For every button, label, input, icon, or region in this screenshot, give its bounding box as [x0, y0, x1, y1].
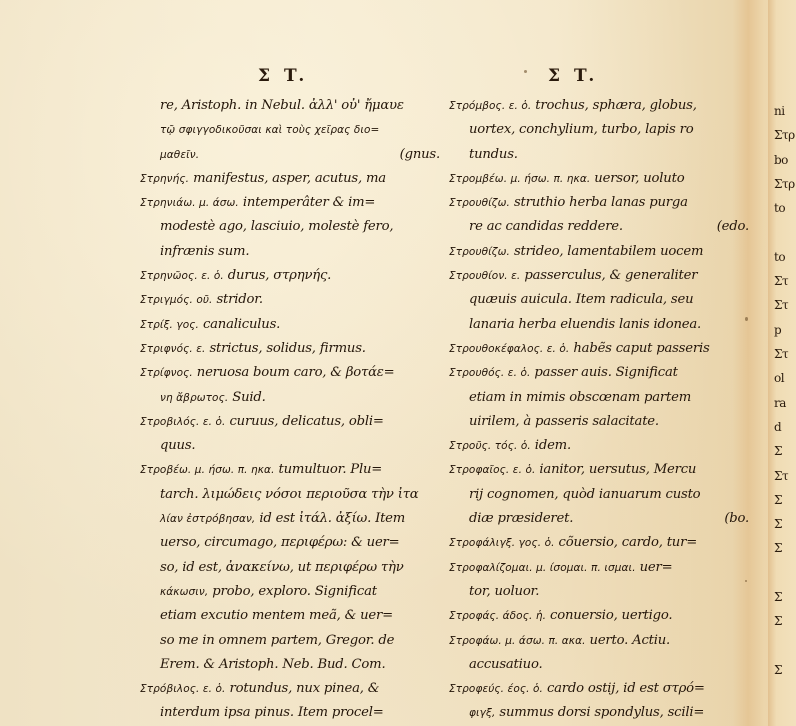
lexicon-entry-line: Στριφνός. ε. strictus, solidus, firmus.	[140, 337, 440, 361]
latin-gloss: probo, exploro. Significat	[208, 584, 377, 599]
greek-headword: φιγξ,	[469, 707, 495, 719]
latin-gloss: rij cognomen, quòd ianuarum custo	[469, 487, 700, 502]
latin-gloss: so, id est, ἀνακείνω, ut περιφέρω τὴν	[160, 560, 404, 575]
latin-gloss: ianitor, uersutus, Mercu	[535, 462, 696, 477]
entry-continuation-line: λίαν ἐστρόβησαν, id est ἰτάλ. ἀξίω. Item	[140, 507, 440, 531]
adjacent-page-text-fragment: Σ	[774, 444, 782, 458]
entry-continuation-line: quus.	[140, 434, 440, 458]
lexicon-entry-line: Στρουθίζω. struthio herba lanas purga	[449, 191, 749, 215]
greek-headword: Στρηνιάω. μ. άσω.	[140, 197, 239, 209]
latin-gloss: diæ præsideret.	[469, 511, 573, 526]
latin-gloss: infrænis sum.	[160, 244, 249, 259]
latin-gloss: interdum ipsa pinus. Item procel=	[160, 705, 384, 720]
adjacent-page-text-fragment: Στ	[774, 347, 788, 361]
entry-continuation-line: μαθεῖν.(gnus.	[140, 143, 440, 167]
entry-continuation-line: infrænis sum.	[140, 240, 440, 264]
latin-gloss: modestè ago, lasciuio, molestè fero,	[160, 219, 393, 234]
adjacent-page-text-fragment: Σ	[774, 493, 782, 507]
entry-continuation-line: diæ præsideret.(bo.	[449, 507, 749, 531]
latin-gloss: so me in omnem partem, Gregor. de	[160, 633, 394, 648]
adjacent-page-text-fragment: ra	[774, 396, 786, 410]
greek-headword: Στρίξ. γος.	[140, 319, 199, 331]
latin-gloss: durus, στρηνής.	[224, 268, 331, 283]
latin-gloss: tundus.	[469, 147, 518, 162]
latin-gloss: Erem. & Aristoph. Neb. Bud. Com.	[160, 657, 385, 672]
latin-gloss: idem.	[531, 438, 571, 453]
greek-headword: Στρουθίζω.	[449, 246, 510, 258]
greek-headword: τῷ σφιγγοδικοῦσαι καὶ τοὺς χεῖρας διο=	[160, 124, 379, 136]
entry-continuation-line: uirilem, à passeris salacitate.	[449, 410, 749, 434]
latin-gloss: quæuis auicula. Item radicula, seu	[469, 292, 693, 307]
latin-gloss: id est ἰτάλ. ἀξίω. Item	[255, 511, 405, 526]
latin-gloss: passerculus, & generaliter	[520, 268, 697, 283]
latin-gloss: lanaria herba eluendis lanis idonea.	[469, 317, 701, 332]
greek-headword: Στρηνῶος. ε. ὁ.	[140, 270, 224, 282]
latin-gloss: intemperâter & im=	[239, 195, 375, 210]
greek-headword: νη ἄβρωτος.	[160, 392, 228, 404]
entry-continuation-line: accusatiuo.	[449, 653, 749, 677]
lexicon-entry-line: Στροβιλός. ε. ὁ. curuus, delicatus, obli…	[140, 410, 440, 434]
latin-gloss: uirilem, à passeris salacitate.	[469, 414, 659, 429]
right-column-entries: Στρόμβος. ε. ὁ. trochus, sphæra, globus,…	[449, 94, 749, 726]
entry-continuation-line: uerso, circumago, περιφέρω: & uer=	[140, 531, 440, 555]
lexicon-entry-line: Στροφάλιγξ. γος. ὁ. cõuersio, cardo, tur…	[449, 531, 749, 555]
adjacent-page-text-fragment: Σ	[774, 590, 782, 604]
greek-headword: Στρηνής.	[140, 173, 189, 185]
adjacent-page-text-fragment: Στ	[774, 298, 788, 312]
adjacent-page-text-fragment: bo	[774, 153, 788, 167]
entry-continuation-line: interdum ipsa pinus. Item procel=	[140, 701, 440, 725]
greek-headword: Στρόβιλος. ε. ὁ.	[140, 683, 226, 695]
adjacent-page-text-fragment: Στρ	[774, 128, 795, 142]
turnover-fragment: (edo.	[717, 215, 749, 239]
entry-continuation-line: so me in omnem partem, Gregor. de	[140, 629, 440, 653]
lexicon-entry-line: Στροῦς. τός. ὁ. idem.	[449, 434, 749, 458]
latin-gloss: uerto. Actiu.	[586, 633, 671, 648]
latin-gloss: uortex, conchylium, turbo, lapis ro	[469, 122, 693, 137]
entry-continuation-line: tor, uoluor.	[449, 580, 749, 604]
adjacent-page-text-fragment: Σ	[774, 541, 782, 555]
entry-continuation-line: tundus.	[449, 143, 749, 167]
latin-gloss: tarch. λιμώδεις νόσοι περιοῦσα τὴν ἰτα	[160, 487, 419, 502]
entry-continuation-line: φιγξ, summus dorsi spondylus, scili=	[449, 701, 749, 725]
lexicon-entry-line: Στροβέω. μ. ήσω. π. ηκα. tumultuor. Plu=	[140, 458, 440, 482]
latin-gloss: struthio herba lanas purga	[510, 195, 688, 210]
entry-continuation-line: uortex, conchylium, turbo, lapis ro	[449, 118, 749, 142]
entry-continuation-line: re, Aristoph. in Nebul. ἀλλ' οὐ' ἤμαυε	[140, 94, 440, 118]
greek-headword: Στρουθοκέφαλος. ε. ὁ.	[449, 343, 569, 355]
greek-headword: Στροφαλίζομαι. μ. ίσομαι. π. ισμαι.	[449, 562, 636, 574]
greek-headword: Στρουθίζω.	[449, 197, 510, 209]
lexicon-entry-line: Στρουθίζω. strideo, lamentabilem uocem	[449, 240, 749, 264]
greek-headword: μαθεῖν.	[160, 149, 199, 161]
lexicon-entry-line: Στρόμβος. ε. ὁ. trochus, sphæra, globus,	[449, 94, 749, 118]
greek-headword: Στροῦς. τός. ὁ.	[449, 440, 531, 452]
latin-gloss: uersor, uoluto	[590, 171, 684, 186]
lexicon-entry-line: Στρουθός. ε. ὁ. passer auis. Significat	[449, 361, 749, 385]
latin-gloss: conuersio, uertigo.	[546, 608, 672, 623]
lexicon-entry-line: Στρηνής. manifestus, asper, acutus, ma	[140, 167, 440, 191]
scanned-page-spread: Σ T. Σ T. re, Aristoph. in Nebul. ἀλλ' ο…	[0, 0, 796, 726]
latin-gloss: habẽs caput passeris	[569, 341, 709, 356]
greek-headword: Στρίφνος.	[140, 367, 193, 379]
latin-gloss: curuus, delicatus, obli=	[226, 414, 384, 429]
latin-gloss: etiam in mimis obscœnam partem	[469, 390, 691, 405]
lexicon-entry-line: Στρίφνος. neruosa boum caro, & βοτάε=	[140, 361, 440, 385]
adjacent-page-edge: niΣτρboΣτρtotoΣτΣτpΣτolradΣΣτΣΣΣΣΣΣ	[768, 0, 796, 726]
lexicon-entry-line: Στρουθίον. ε. passerculus, & generaliter	[449, 264, 749, 288]
latin-gloss: cõuersio, cardo, tur=	[555, 535, 698, 550]
turnover-fragment: (bo.	[724, 507, 749, 531]
greek-headword: Στροβιλός. ε. ὁ.	[140, 416, 226, 428]
lexicon-entry-line: Στρηνιάω. μ. άσω. intemperâter & im=	[140, 191, 440, 215]
lexicon-entry-line: Στροφάς. άδος. ἡ. conuersio, uertigo.	[449, 604, 749, 628]
entry-continuation-line: tarch. λιμώδεις νόσοι περιοῦσα τὴν ἰτα	[140, 483, 440, 507]
entry-continuation-line: re ac candidas reddere.(edo.	[449, 215, 749, 239]
greek-headword: Στριγμός. οῦ.	[140, 294, 212, 306]
left-running-head: Σ T.	[258, 66, 308, 86]
adjacent-page-text-fragment: ni	[774, 104, 785, 118]
latin-gloss: uer=	[636, 560, 673, 575]
adjacent-page-text-fragment: Σ	[774, 663, 782, 677]
adjacent-page-text-fragment: ol	[774, 371, 784, 385]
adjacent-page-text-fragment: d	[774, 420, 781, 434]
greek-headword: Στρομβέω. μ. ήσω. π. ηκα.	[449, 173, 590, 185]
entry-continuation-line: Erem. & Aristoph. Neb. Bud. Com.	[140, 653, 440, 677]
lexicon-entry-line: Στροφάω. μ. άσω. π. ακα. uerto. Actiu.	[449, 629, 749, 653]
adjacent-page-text-fragment: p	[774, 323, 781, 337]
greek-headword: Στρόμβος. ε. ὁ.	[449, 100, 531, 112]
latin-gloss: Suid.	[228, 390, 265, 405]
adjacent-page-text-fragment: Στ	[774, 469, 788, 483]
lexicon-entry-line: Στρίξ. γος. canaliculus.	[140, 313, 440, 337]
adjacent-page-text-fragment: Στ	[774, 274, 788, 288]
entry-continuation-line: etiam excutio mentem meã, & uer=	[140, 604, 440, 628]
latin-gloss: cardo ostij, id est στρό=	[543, 681, 705, 696]
greek-headword: Στροφεύς. έος. ὁ.	[449, 683, 543, 695]
right-running-head: Σ T.	[548, 66, 598, 86]
latin-gloss: trochus, sphæra, globus,	[531, 98, 696, 113]
lexicon-entry-line: Στρηνῶος. ε. ὁ. durus, στρηνής.	[140, 264, 440, 288]
latin-gloss: summus dorsi spondylus, scili=	[495, 705, 704, 720]
greek-headword: λίαν ἐστρόβησαν,	[160, 513, 255, 525]
adjacent-page-text-fragment: to	[774, 201, 785, 215]
entry-continuation-line: rij cognomen, quòd ianuarum custo	[449, 483, 749, 507]
greek-headword: Στροφαῖος. ε. ὁ.	[449, 464, 535, 476]
paper-speck	[745, 317, 748, 321]
entry-continuation-line: lanaria herba eluendis lanis idonea.	[449, 313, 749, 337]
adjacent-page-text-fragment: Σ	[774, 517, 782, 531]
greek-headword: κάκωσιν,	[160, 586, 208, 598]
left-column-entries: re, Aristoph. in Nebul. ἀλλ' οὐ' ἤμαυετῷ…	[140, 94, 440, 726]
paper-speck	[745, 580, 747, 582]
lexicon-entry-line: Στριγμός. οῦ. stridor.	[140, 288, 440, 312]
greek-headword: Στροφάω. μ. άσω. π. ακα.	[449, 635, 586, 647]
paper-speck	[524, 70, 527, 73]
latin-gloss: accusatiuo.	[469, 657, 542, 672]
greek-headword: Στροφάς. άδος. ἡ.	[449, 610, 546, 622]
adjacent-page-text-fragment: Σ	[774, 614, 782, 628]
entry-continuation-line: quæuis auicula. Item radicula, seu	[449, 288, 749, 312]
greek-headword: Στροφάλιγξ. γος. ὁ.	[449, 537, 555, 549]
greek-headword: Στρουθός. ε. ὁ.	[449, 367, 530, 379]
entry-continuation-line: τῷ σφιγγοδικοῦσαι καὶ τοὺς χεῖρας διο=	[140, 118, 440, 142]
latin-gloss: uerso, circumago, περιφέρω: & uer=	[160, 535, 400, 550]
greek-headword: Στριφνός. ε.	[140, 343, 205, 355]
lexicon-entry-line: Στροφεύς. έος. ὁ. cardo ostij, id est στ…	[449, 677, 749, 701]
latin-gloss: neruosa boum caro, & βοτάε=	[193, 365, 395, 380]
latin-gloss: manifestus, asper, acutus, ma	[189, 171, 386, 186]
latin-gloss: re ac candidas reddere.	[469, 219, 623, 234]
latin-gloss: rotundus, nux pinea, &	[226, 681, 380, 696]
latin-gloss: etiam excutio mentem meã, & uer=	[160, 608, 393, 623]
latin-gloss: strideo, lamentabilem uocem	[510, 244, 703, 259]
greek-headword: Στροβέω. μ. ήσω. π. ηκα.	[140, 464, 275, 476]
latin-gloss: quus.	[160, 438, 195, 453]
latin-gloss: tumultuor. Plu=	[275, 462, 383, 477]
lexicon-entry-line: Στρόβιλος. ε. ὁ. rotundus, nux pinea, &	[140, 677, 440, 701]
lexicon-entry-line: Στρομβέω. μ. ήσω. π. ηκα. uersor, uoluto	[449, 167, 749, 191]
entry-continuation-line: modestè ago, lasciuio, molestè fero,	[140, 215, 440, 239]
latin-gloss: passer auis. Significat	[530, 365, 677, 380]
latin-gloss: tor, uoluor.	[469, 584, 539, 599]
latin-gloss: strictus, solidus, firmus.	[205, 341, 365, 356]
greek-headword: Στρουθίον. ε.	[449, 270, 520, 282]
latin-gloss: canaliculus.	[199, 317, 280, 332]
entry-continuation-line: κάκωσιν, probo, exploro. Significat	[140, 580, 440, 604]
adjacent-page-text-fragment: to	[774, 250, 785, 264]
entry-continuation-line: νη ἄβρωτος. Suid.	[140, 386, 440, 410]
lexicon-entry-line: Στροφαῖος. ε. ὁ. ianitor, uersutus, Merc…	[449, 458, 749, 482]
lexicon-entry-line: Στρουθοκέφαλος. ε. ὁ. habẽs caput passer…	[449, 337, 749, 361]
latin-gloss: re, Aristoph. in Nebul. ἀλλ' οὐ' ἤμαυε	[160, 98, 404, 113]
adjacent-page-text-fragment: Στρ	[774, 177, 795, 191]
entry-continuation-line: so, id est, ἀνακείνω, ut περιφέρω τὴν	[140, 556, 440, 580]
latin-gloss: stridor.	[212, 292, 262, 307]
lexicon-entry-line: Στροφαλίζομαι. μ. ίσομαι. π. ισμαι. uer=	[449, 556, 749, 580]
turnover-fragment: (gnus.	[400, 143, 440, 167]
entry-continuation-line: etiam in mimis obscœnam partem	[449, 386, 749, 410]
